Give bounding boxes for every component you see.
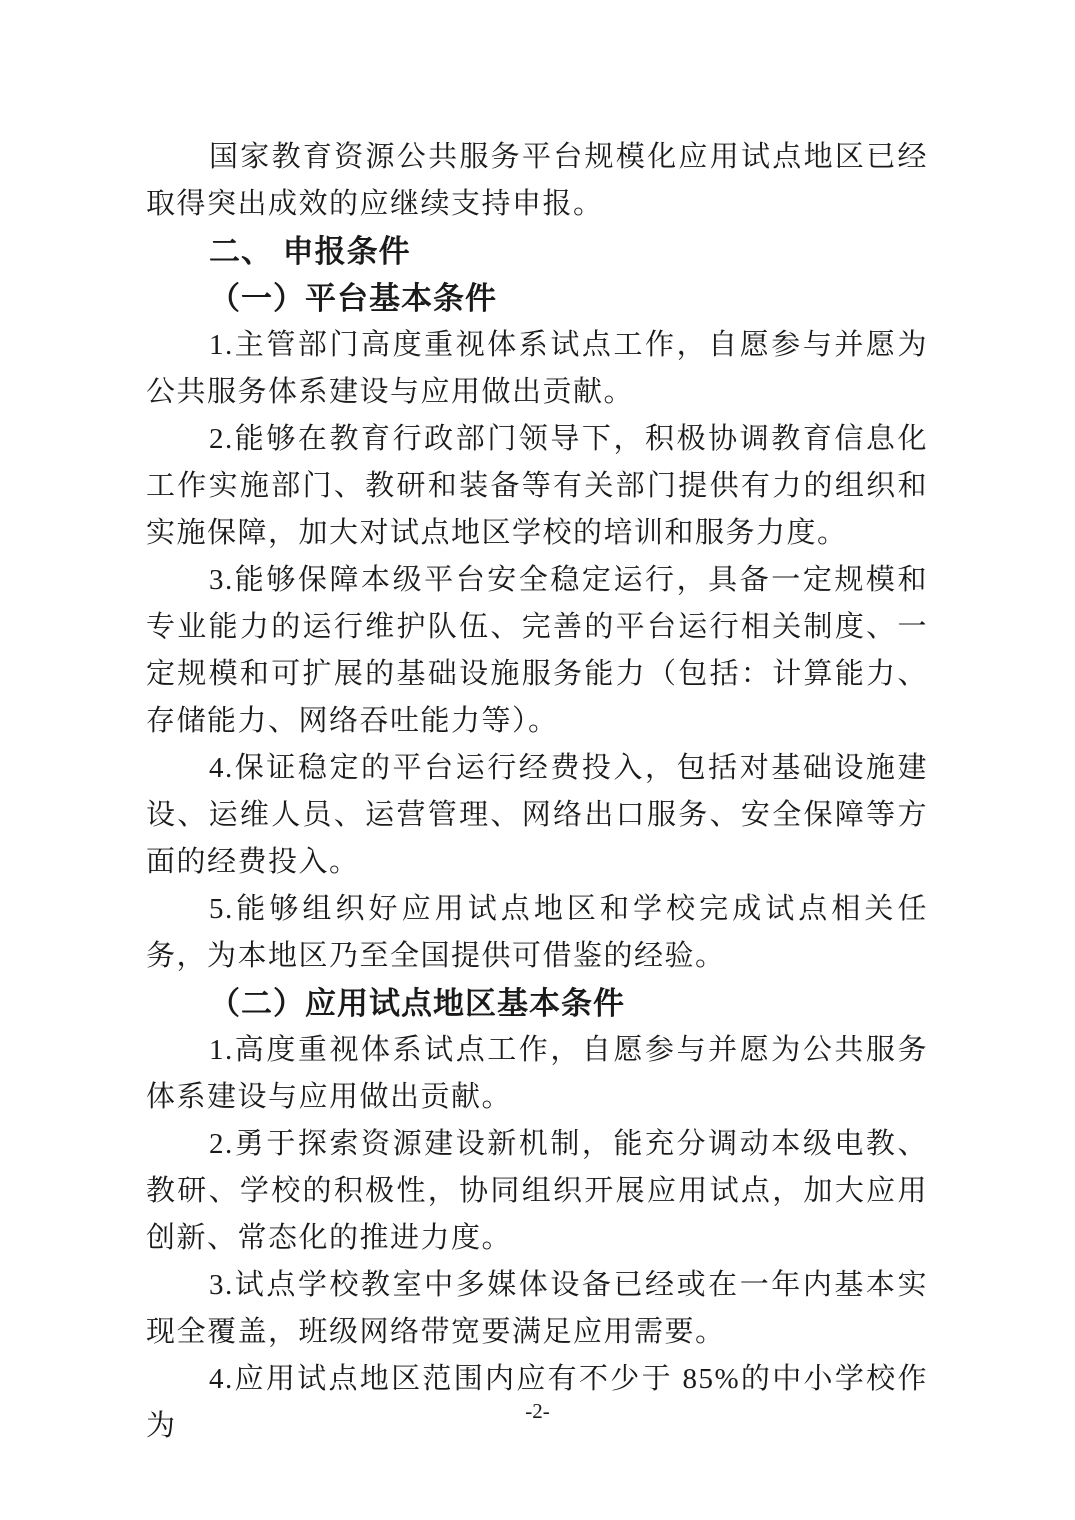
pilot-area-condition-3: 3.试点学校教室中多媒体设备已经或在一年内基本实现全覆盖，班级网络带宽要满足应用… <box>146 1262 928 1356</box>
document-body: 国家教育资源公共服务平台规模化应用试点地区已经取得突出成效的应继续支持申报。二、… <box>146 134 928 1450</box>
section-heading-2: 二、 申报条件 <box>146 228 928 275</box>
platform-condition-4: 4.保证稳定的平台运行经费投入，包括对基础设施建设、运维人员、运营管理、网络出口… <box>146 745 928 886</box>
platform-condition-2: 2.能够在教育行政部门领导下，积极协调教育信息化工作实施部门、教研和装备等有关部… <box>146 416 928 557</box>
pilot-area-condition-2: 2.勇于探索资源建设新机制，能充分调动本级电教、教研、学校的积极性，协同组织开展… <box>146 1121 928 1262</box>
pilot-area-condition-1: 1.高度重视体系试点工作，自愿参与并愿为公共服务体系建设与应用做出贡献。 <box>146 1027 928 1121</box>
platform-condition-5: 5.能够组织好应用试点地区和学校完成试点相关任务，为本地区乃至全国提供可借鉴的经… <box>146 886 928 980</box>
page-number: -2- <box>0 1396 1075 1426</box>
platform-condition-1: 1.主管部门高度重视体系试点工作，自愿参与并愿为公共服务体系建设与应用做出贡献。 <box>146 322 928 416</box>
subsection-heading-2-1: （一）平台基本条件 <box>146 275 928 322</box>
document-page: 国家教育资源公共服务平台规模化应用试点地区已经取得突出成效的应继续支持申报。二、… <box>0 0 1075 1520</box>
subsection-heading-2-2: （二）应用试点地区基本条件 <box>146 980 928 1027</box>
platform-condition-3: 3.能够保障本级平台安全稳定运行，具备一定规模和专业能力的运行维护队伍、完善的平… <box>146 557 928 745</box>
intro-paragraph: 国家教育资源公共服务平台规模化应用试点地区已经取得突出成效的应继续支持申报。 <box>146 134 928 228</box>
